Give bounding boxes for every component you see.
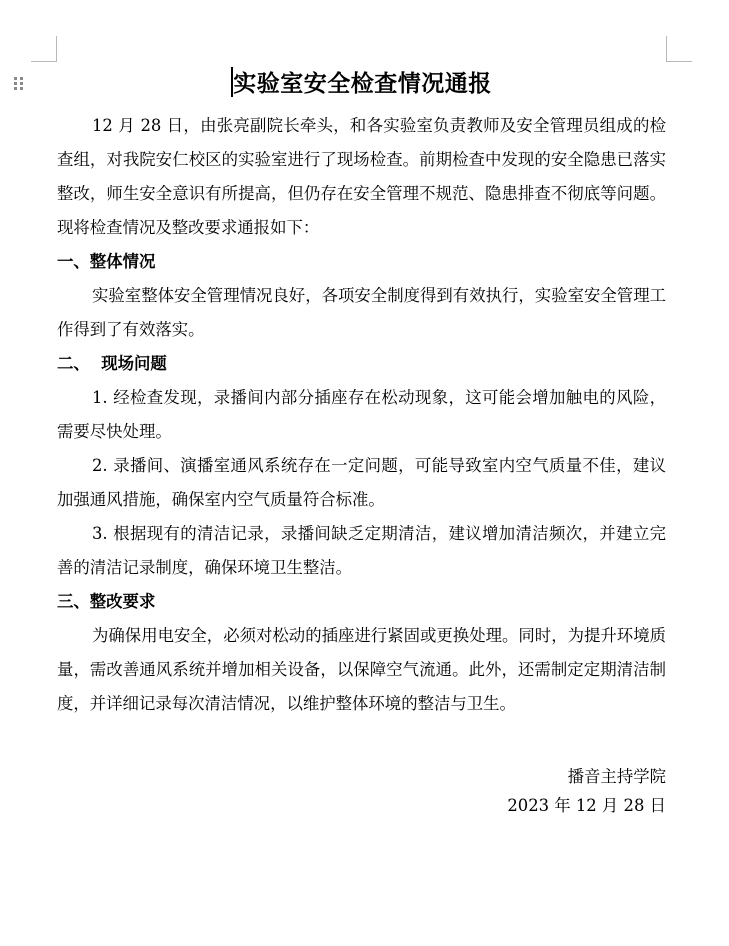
issue-item-2: 2. 录播间、演播室通风系统存在一定问题，可能导致室内空气质量不佳，建议加强通风… — [57, 449, 666, 517]
issue-item-1: 1. 经检查发现，录播间内部分插座存在松动现象，这可能会增加触电的风险，需要尽快… — [57, 381, 666, 449]
issue-item-3: 3. 根据现有的清洁记录，录播间缺乏定期清洁，建议增加清洁频次，并建立完善的清洁… — [57, 517, 666, 585]
section-heading-overall: 一、整体情况 — [57, 245, 666, 279]
top-left-margin-mark — [31, 36, 57, 62]
section-heading-requirements: 三、整改要求 — [57, 585, 666, 619]
section-paragraph: 实验室整体安全管理情况良好，各项安全制度得到有效执行，实验室安全管理工作得到了有… — [57, 279, 666, 347]
signature-date: 2023 年 12 月 28 日 — [366, 791, 666, 820]
requirements-paragraph: 为确保用电安全，必须对松动的插座进行紧固或更换处理。同时，为提升环境质量，需改善… — [57, 619, 666, 721]
top-right-margin-mark — [666, 36, 692, 62]
intro-paragraph: 12 月 28 日，由张亮副院长牵头，和各实验室负责教师及安全管理员组成的检查组… — [57, 109, 666, 245]
signature-organization: 播音主持学院 — [366, 762, 666, 791]
section-heading-issues: 二、 现场问题 — [57, 347, 666, 381]
document-body[interactable]: 12 月 28 日，由张亮副院长牵头，和各实验室负责教师及安全管理员组成的检查组… — [57, 109, 666, 721]
document-title[interactable]: 实验室安全检查情况通报 — [57, 66, 666, 102]
drag-handle-icon[interactable] — [14, 77, 24, 91]
